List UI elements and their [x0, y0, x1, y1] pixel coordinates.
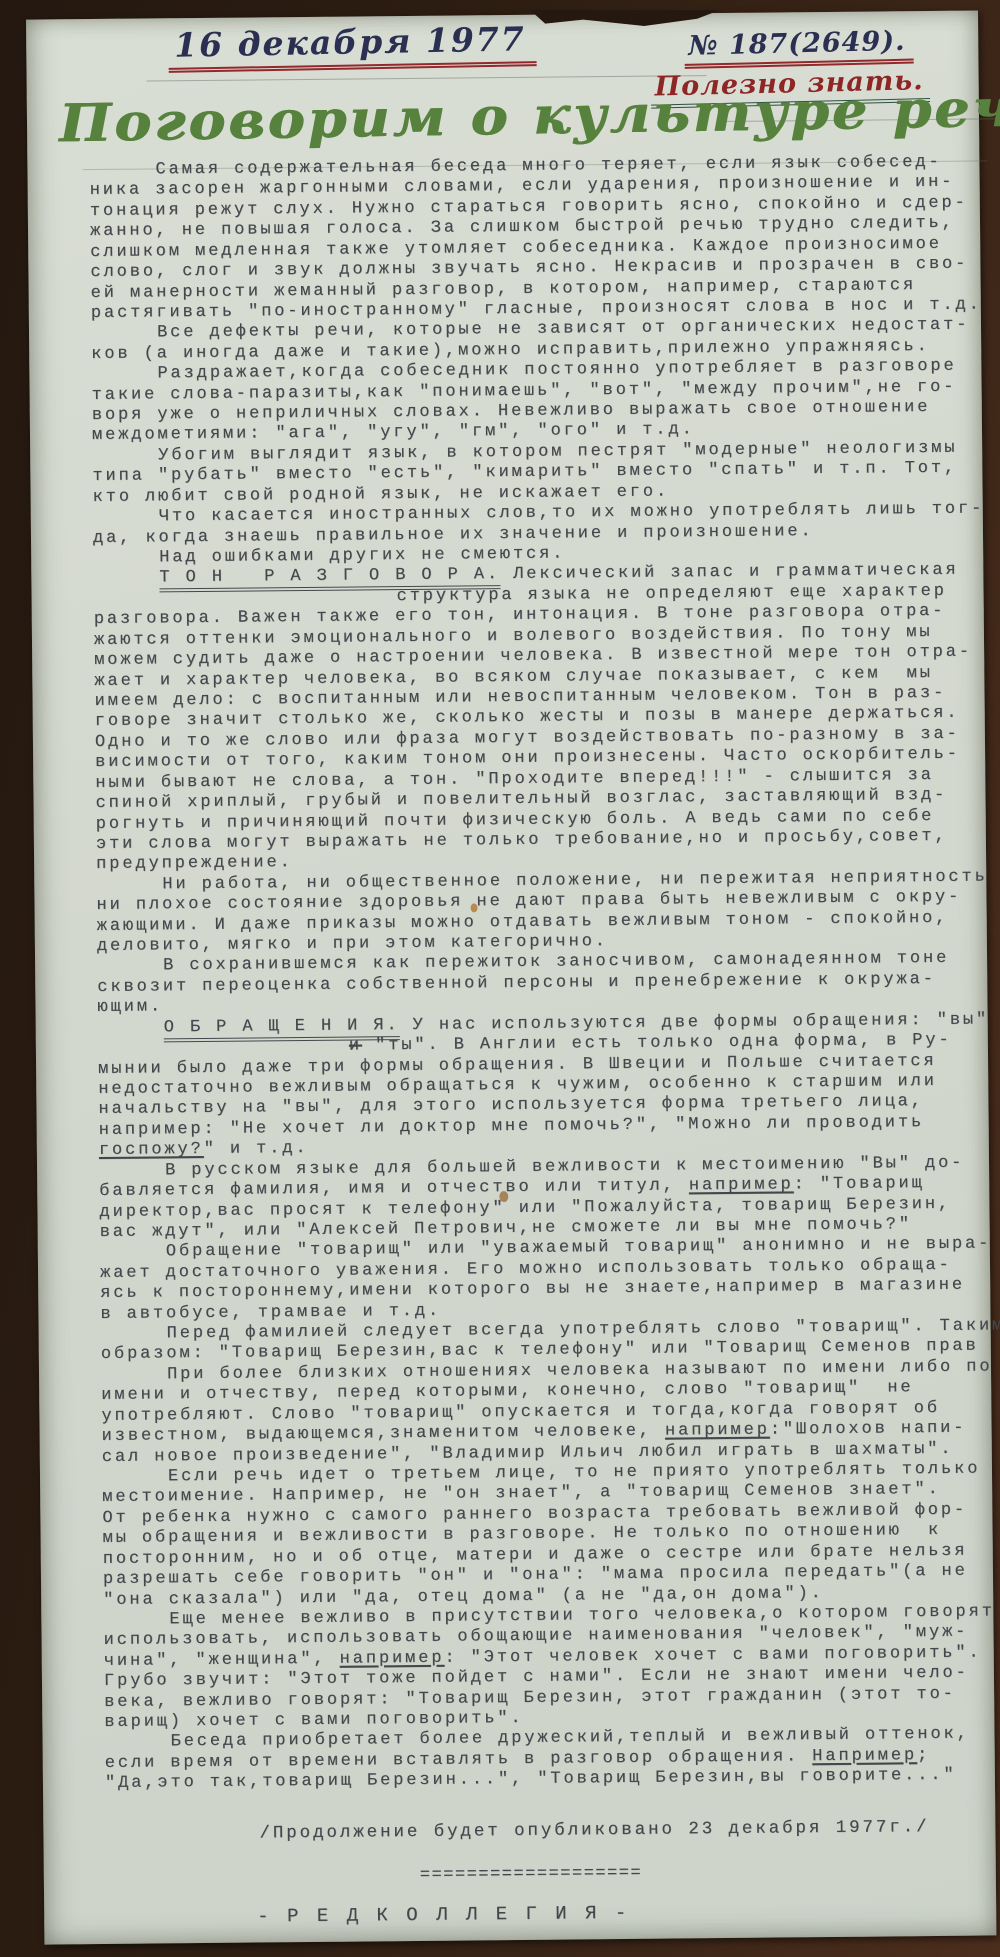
scanned-bulletin-page: 16 декабря 1977 № 187(2649). Полезно зна… — [26, 11, 996, 1945]
typed-separator: =================== — [420, 1864, 643, 1885]
ruled-pencil-line — [147, 75, 707, 81]
paper-stain — [499, 1191, 508, 1202]
continuation-note: /Продолжение будет опубликовано 23 декаб… — [259, 1817, 929, 1843]
issue-date: 16 декабря 1977 — [168, 19, 536, 73]
article-body: Самая содержательная беседа много теряет… — [89, 153, 983, 1795]
issue-number: № 187(2649). — [684, 26, 914, 69]
editorial-board-signature: - Р Е Д К О Л Л Е Г И Я - — [257, 1902, 630, 1928]
photo-background: { "masthead": { "date": "16 декабря 1977… — [0, 0, 1000, 1957]
page-title: Поговорим о культуре речи. — [59, 77, 1000, 155]
paper-stain — [471, 903, 478, 912]
